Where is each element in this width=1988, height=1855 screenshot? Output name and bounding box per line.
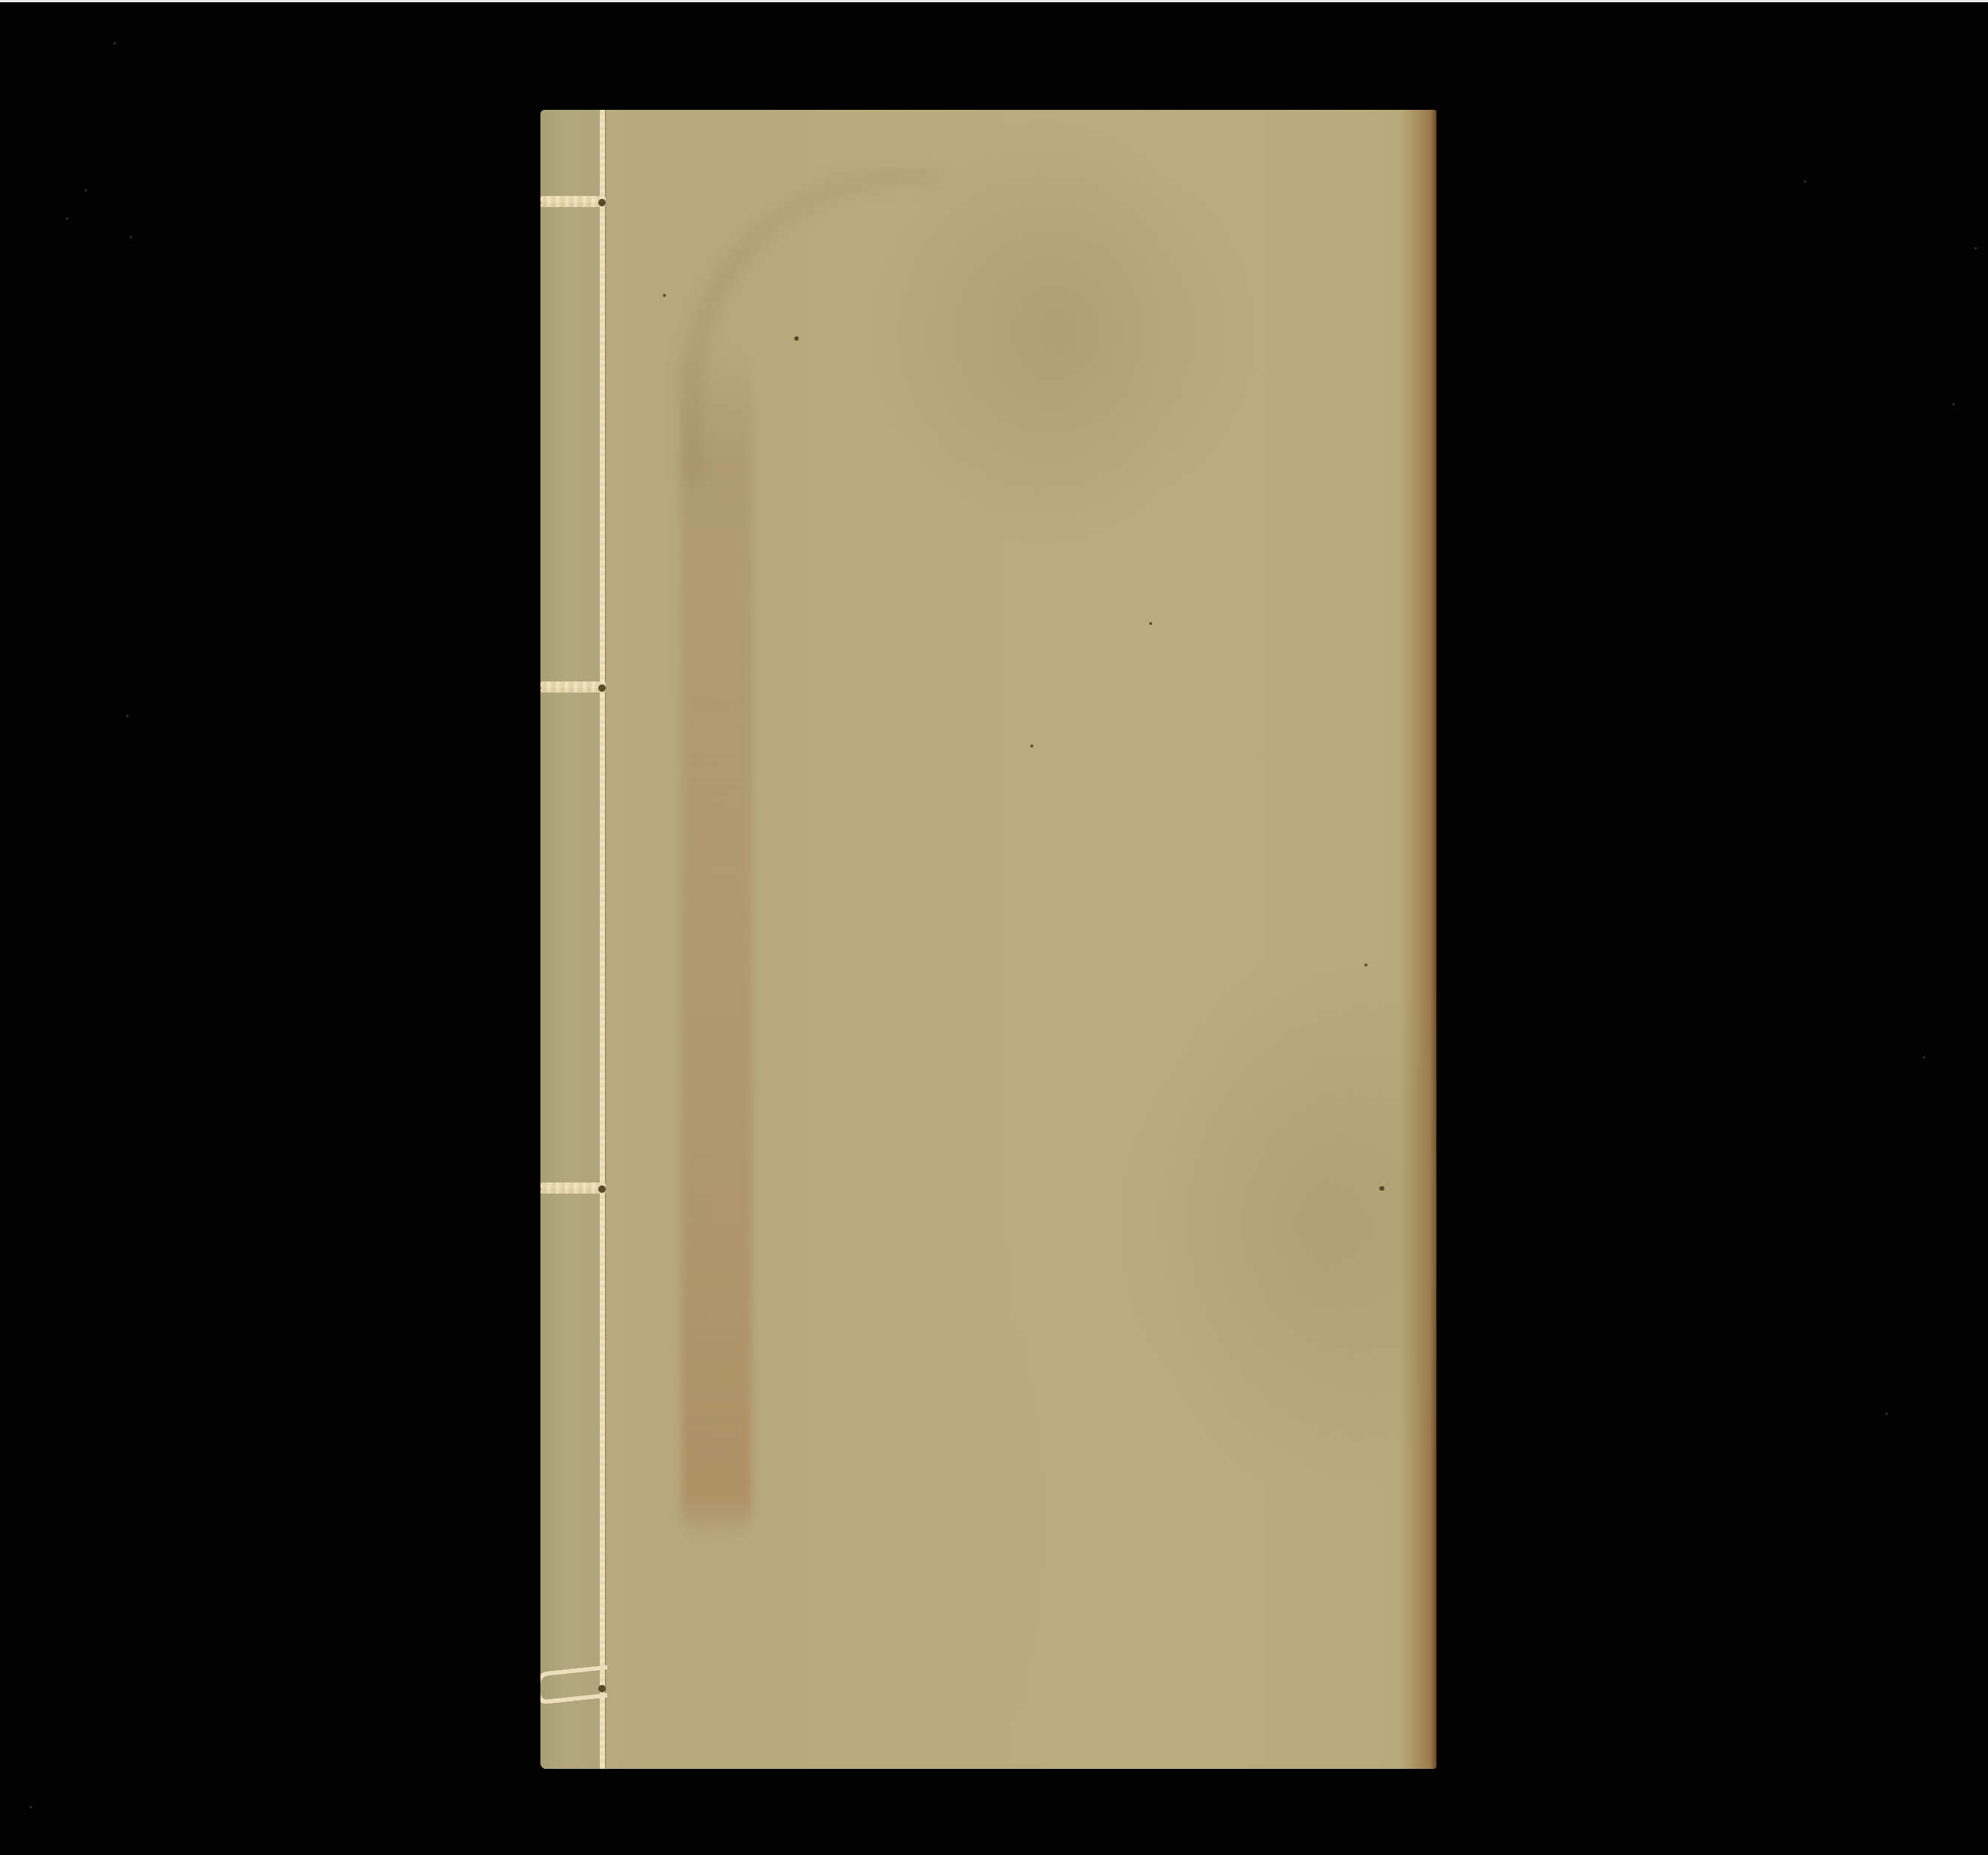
dust-speck [130,236,132,238]
stitch-knot-3 [598,1185,606,1193]
thread-bound-book-cover [540,110,1436,1769]
dust-speck [1886,1413,1888,1415]
dust-speck [126,715,128,717]
binding-stitch-1 [540,196,606,203]
dust-speck [1952,403,1955,405]
foxing-spot [1379,1186,1384,1191]
dust-speck [1804,180,1806,183]
foxing-spot [794,336,799,341]
stitch-knot-2 [598,684,606,692]
dust-speck [1975,247,1977,249]
spine-thread [600,110,605,1769]
dust-speck [30,1806,32,1808]
foxing-spot [663,294,666,297]
binding-stitch-3 [540,1182,606,1189]
foxing-spot [1030,745,1033,747]
dust-speck [1923,1056,1925,1059]
stitch-knot-1 [598,199,606,206]
dust-speck [85,189,87,192]
foxing-spot [1149,622,1152,625]
dust-speck [66,217,68,220]
stitch-knot-4 [598,1685,606,1692]
dust-speck [114,42,116,45]
binding-stitch-2 [540,681,606,688]
water-stain [681,340,752,1542]
foxing-spot [1364,964,1367,966]
spine-flap [540,110,602,1769]
